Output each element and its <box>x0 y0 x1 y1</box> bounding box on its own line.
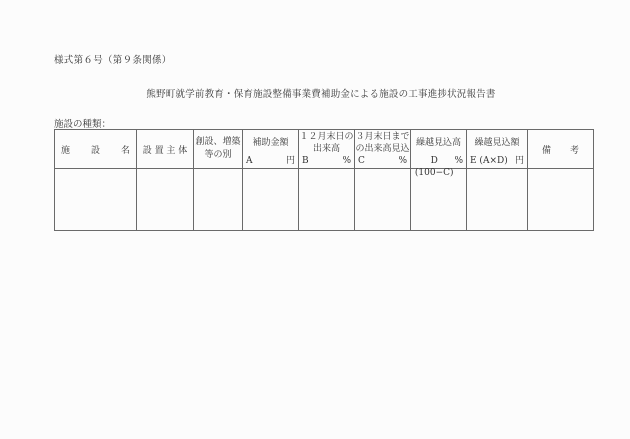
header-row: 施 設 名 設 置 主 体 創設、増築 等の別 補助金額 A円 １２月末日の出来… <box>55 130 594 169</box>
cell-carryover-amount[interactable] <box>467 169 528 231</box>
header-construction-type: 創設、増築 等の別 <box>194 130 243 169</box>
cell-progress-december[interactable] <box>299 169 355 231</box>
cell-construction-type[interactable] <box>194 169 243 231</box>
header-progress-march: ３月末日までの出来高見込 C% <box>355 130 411 169</box>
cell-facility-name[interactable] <box>55 169 137 231</box>
header-progress-december: １２月末日の出来高 B% <box>299 130 355 169</box>
cell-progress-march[interactable] <box>355 169 411 231</box>
header-carryover-amount: 繰越見込額 E (A×D)円 <box>467 130 528 169</box>
cell-operator[interactable] <box>137 169 194 231</box>
cell-subsidy-amount[interactable] <box>243 169 299 231</box>
document-title: 熊野町就学前教育・保育施設整備事業費補助金による施設の工事進捗状況報告書 <box>0 86 630 100</box>
form-number: 様式第６号（第９条関係） <box>54 52 172 66</box>
header-operator: 設 置 主 体 <box>137 130 194 169</box>
table-row <box>55 169 594 231</box>
header-remarks: 備 考 <box>528 130 594 169</box>
header-carryover-rate: 繰越見込高 D (100−C)% <box>411 130 467 169</box>
header-subsidy-amount: 補助金額 A円 <box>243 130 299 169</box>
facility-type-label: 施設の種類： <box>54 116 111 130</box>
cell-remarks[interactable] <box>528 169 594 231</box>
progress-report-table: 施 設 名 設 置 主 体 創設、増築 等の別 補助金額 A円 １２月末日の出来… <box>54 129 594 231</box>
header-facility-name: 施 設 名 <box>55 130 137 169</box>
